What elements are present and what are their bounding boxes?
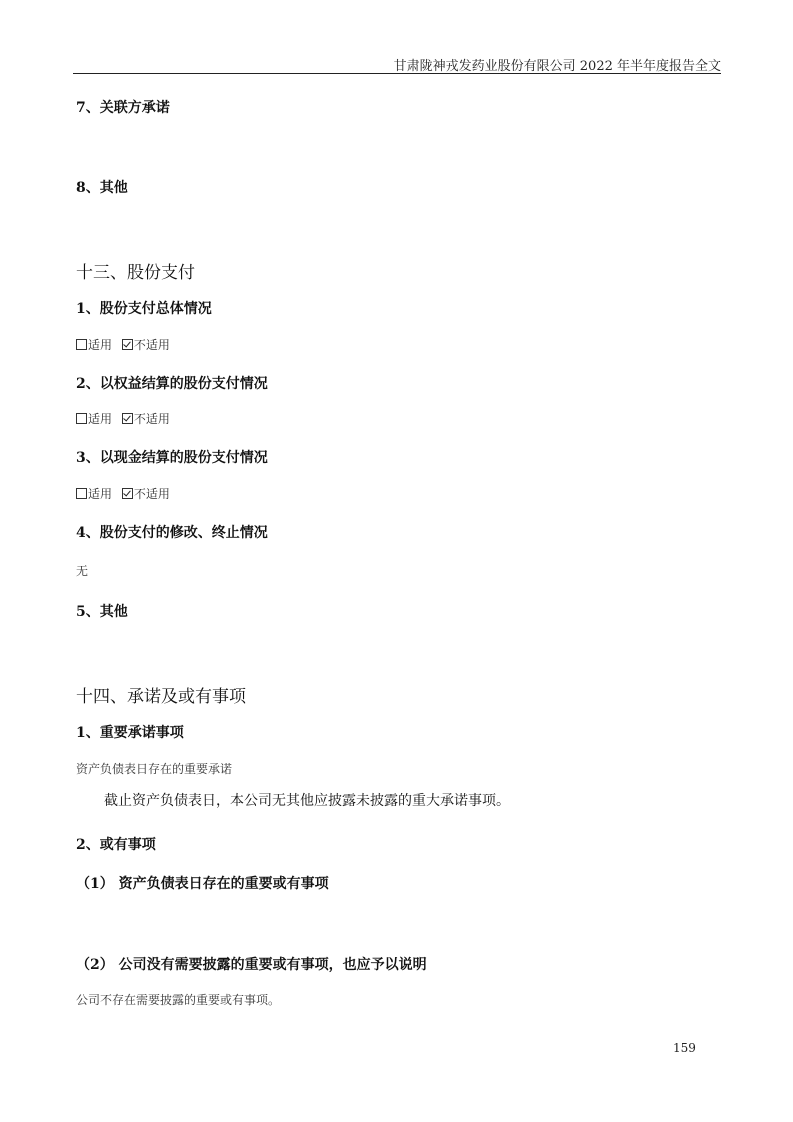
checkbox-not-applicable-checked-icon (122, 339, 133, 350)
header-divider (73, 73, 721, 74)
document-header: 甘肃陇神戎发药业股份有限公司 2022 年半年度报告全文 (394, 55, 721, 74)
checkbox-not-applicable-checked-icon (122, 413, 133, 424)
section-related-party-commitments: 7、关联方承诺 (76, 97, 170, 117)
section-contingencies: 2、或有事项 (76, 834, 156, 854)
option-not-applicable-label: 不适用 (134, 485, 170, 502)
option-applicable-label: 适用 (88, 336, 112, 353)
commitments-subheading: 资产负债表日存在的重要承诺 (76, 760, 232, 777)
checkbox-not-applicable-checked-icon (122, 488, 133, 499)
subsection-no-contingencies-statement: （2） 公司没有需要披露的重要或有事项，也应予以说明 (76, 954, 427, 974)
applicability-options-2: 适用 不适用 (76, 410, 176, 427)
option-not-applicable-label: 不适用 (134, 410, 170, 427)
section-other: 8、其他 (76, 177, 128, 197)
section-payment-modification: 4、股份支付的修改、终止情况 (76, 522, 268, 542)
option-applicable-label: 适用 (88, 485, 112, 502)
section-share-payment-overview: 1、股份支付总体情况 (76, 298, 212, 318)
section-other-2: 5、其他 (76, 601, 128, 621)
chapter-share-based-payment: 十三、股份支付 (76, 258, 195, 283)
applicability-options-3: 适用 不适用 (76, 485, 176, 502)
option-applicable-label: 适用 (88, 410, 112, 427)
modification-text: 无 (76, 562, 88, 579)
option-not-applicable-label: 不适用 (134, 336, 170, 353)
page-number: 159 (673, 1041, 696, 1055)
commitments-paragraph: 截止资产负债表日，本公司无其他应披露未披露的重大承诺事项。 (104, 790, 510, 810)
checkbox-applicable-icon (76, 339, 87, 350)
section-cash-settled-payment: 3、以现金结算的股份支付情况 (76, 447, 268, 467)
section-equity-settled-payment: 2、以权益结算的股份支付情况 (76, 373, 268, 393)
no-contingencies-text: 公司不存在需要披露的重要或有事项。 (76, 991, 280, 1008)
subsection-balance-sheet-contingencies: （1） 资产负债表日存在的重要或有事项 (76, 873, 329, 893)
chapter-commitments-contingencies: 十四、承诺及或有事项 (76, 682, 246, 707)
section-important-commitments: 1、重要承诺事项 (76, 722, 184, 742)
checkbox-applicable-icon (76, 488, 87, 499)
checkbox-applicable-icon (76, 413, 87, 424)
applicability-options-1: 适用 不适用 (76, 336, 176, 353)
